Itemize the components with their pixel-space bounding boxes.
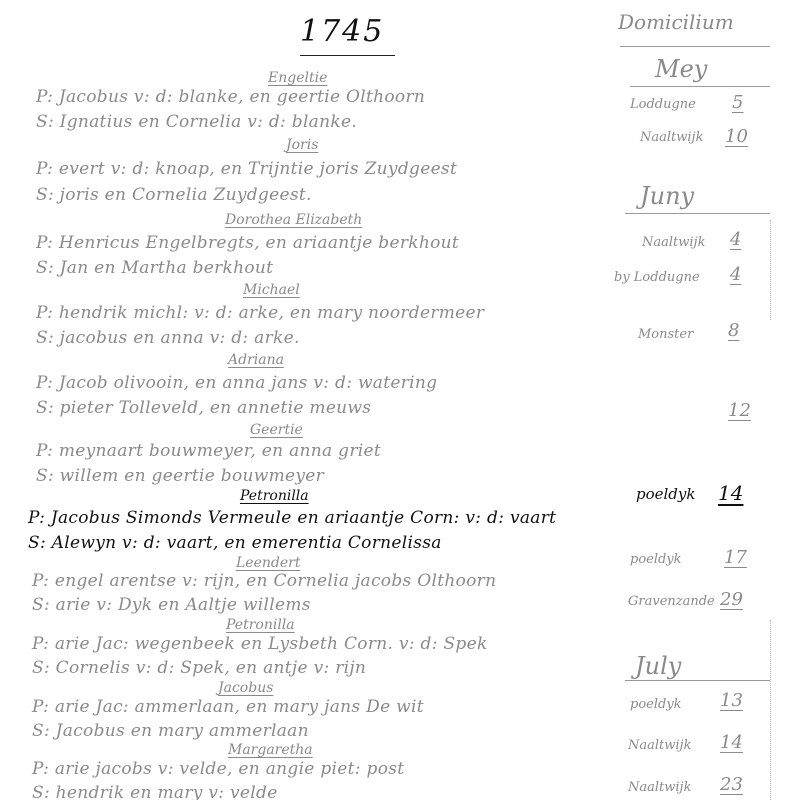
domicilium-column-header: Domicilium: [618, 10, 734, 34]
column-header-rule: [620, 46, 770, 47]
place-label: Naaltwijk: [628, 780, 691, 795]
parents-line: P: engel arentse v: rijn, en Cornelia ja…: [32, 571, 496, 591]
place-label: by Loddugne: [614, 270, 700, 285]
parents-line: P: arie Jac: ammerlaan, en mary jans De …: [32, 697, 424, 717]
place-label: Monster: [638, 327, 693, 342]
margin-dotted-rule: [770, 620, 771, 800]
parents-line: P: arie jacobs v: velde, en angie piet: …: [32, 759, 404, 779]
day-number: 4: [730, 229, 741, 250]
place-label: Naaltwijk: [642, 235, 705, 250]
year-underline: [300, 55, 395, 56]
child-name: Adriana: [228, 352, 284, 368]
month-label-july: July: [635, 652, 681, 680]
child-name: Petronilla: [226, 617, 295, 633]
day-number: 17: [724, 547, 747, 568]
parents-line: P: arie Jac: wegenbeek en Lysbeth Corn. …: [32, 634, 488, 654]
witnesses-line: S: Cornelis v: d: Spek, en antje v: rijn: [32, 658, 366, 678]
witnesses-line: S: Alewyn v: d: vaart, en emerentia Corn…: [28, 533, 442, 553]
child-name: Geertie: [250, 422, 303, 438]
place-label: poeldyk: [630, 697, 682, 712]
baptism-register-page: 1745 Domicilium Mey Juny July Engeltie P…: [0, 0, 800, 800]
parents-line: P: Jacob olivooin, en anna jans v: d: wa…: [36, 373, 437, 393]
day-number: 23: [720, 774, 743, 795]
witnesses-line: S: Jan en Martha berkhout: [36, 258, 273, 278]
witnesses-line: S: pieter Tolleveld, en annetie meuws: [36, 398, 371, 418]
witnesses-line: S: hendrik en mary v: velde: [32, 783, 278, 800]
parents-line: P: meynaart bouwmeyer, en anna griet: [36, 441, 381, 461]
place-label: Loddugne: [630, 97, 696, 112]
day-number: 14: [720, 732, 743, 753]
witnesses-line: S: willem en geertie bouwmeyer: [36, 466, 324, 486]
child-name: Joris: [286, 137, 318, 153]
place-label: poeldyk: [636, 485, 695, 503]
month-label-may: Mey: [655, 55, 707, 83]
month-label-june: Juny: [640, 182, 694, 210]
child-name: Engeltie: [268, 70, 327, 86]
year-heading: 1745: [300, 14, 384, 49]
day-number: 12: [728, 400, 751, 421]
day-number: 10: [725, 126, 748, 147]
day-number: 4: [730, 264, 741, 285]
parents-line: P: Henricus Engelbregts, en ariaantje be…: [36, 233, 459, 253]
place-label: Gravenzande: [628, 594, 715, 609]
witnesses-line: S: jacobus en anna v: d: arke.: [36, 328, 300, 348]
child-name: Margaretha: [228, 742, 313, 758]
day-number: 14: [718, 481, 743, 505]
day-number: 8: [728, 320, 739, 341]
place-label: Naaltwijk: [640, 130, 703, 145]
child-name: Petronilla: [240, 488, 309, 504]
child-name: Jacobus: [218, 680, 273, 696]
witnesses-line: S: Ignatius en Cornelia v: d: blanke.: [36, 112, 357, 132]
child-name: Michael: [243, 282, 300, 298]
parents-line: P: evert v: d: knoap, en Trijntie joris …: [36, 159, 457, 179]
month-rule: [625, 213, 770, 214]
parents-line: P: hendrik michl: v: d: arke, en mary no…: [36, 303, 484, 323]
child-name: Leendert: [236, 555, 300, 571]
margin-dotted-rule: [770, 220, 771, 320]
child-name: Dorothea Elizabeth: [225, 212, 362, 228]
month-rule: [630, 86, 770, 87]
witnesses-line: S: arie v: Dyk en Aaltje willems: [32, 595, 311, 615]
month-rule: [625, 680, 770, 681]
parents-line: P: Jacobus Simonds Vermeule en ariaantje…: [28, 508, 556, 528]
place-label: Naaltwijk: [628, 738, 691, 753]
day-number: 13: [720, 690, 743, 711]
day-number: 5: [732, 92, 743, 113]
place-label: poeldyk: [630, 552, 682, 567]
day-number: 29: [720, 589, 743, 610]
witnesses-line: S: joris en Cornelia Zuydgeest.: [36, 185, 312, 205]
witnesses-line: S: Jacobus en mary ammerlaan: [32, 721, 309, 741]
parents-line: P: Jacobus v: d: blanke, en geertie Olth…: [36, 87, 425, 107]
